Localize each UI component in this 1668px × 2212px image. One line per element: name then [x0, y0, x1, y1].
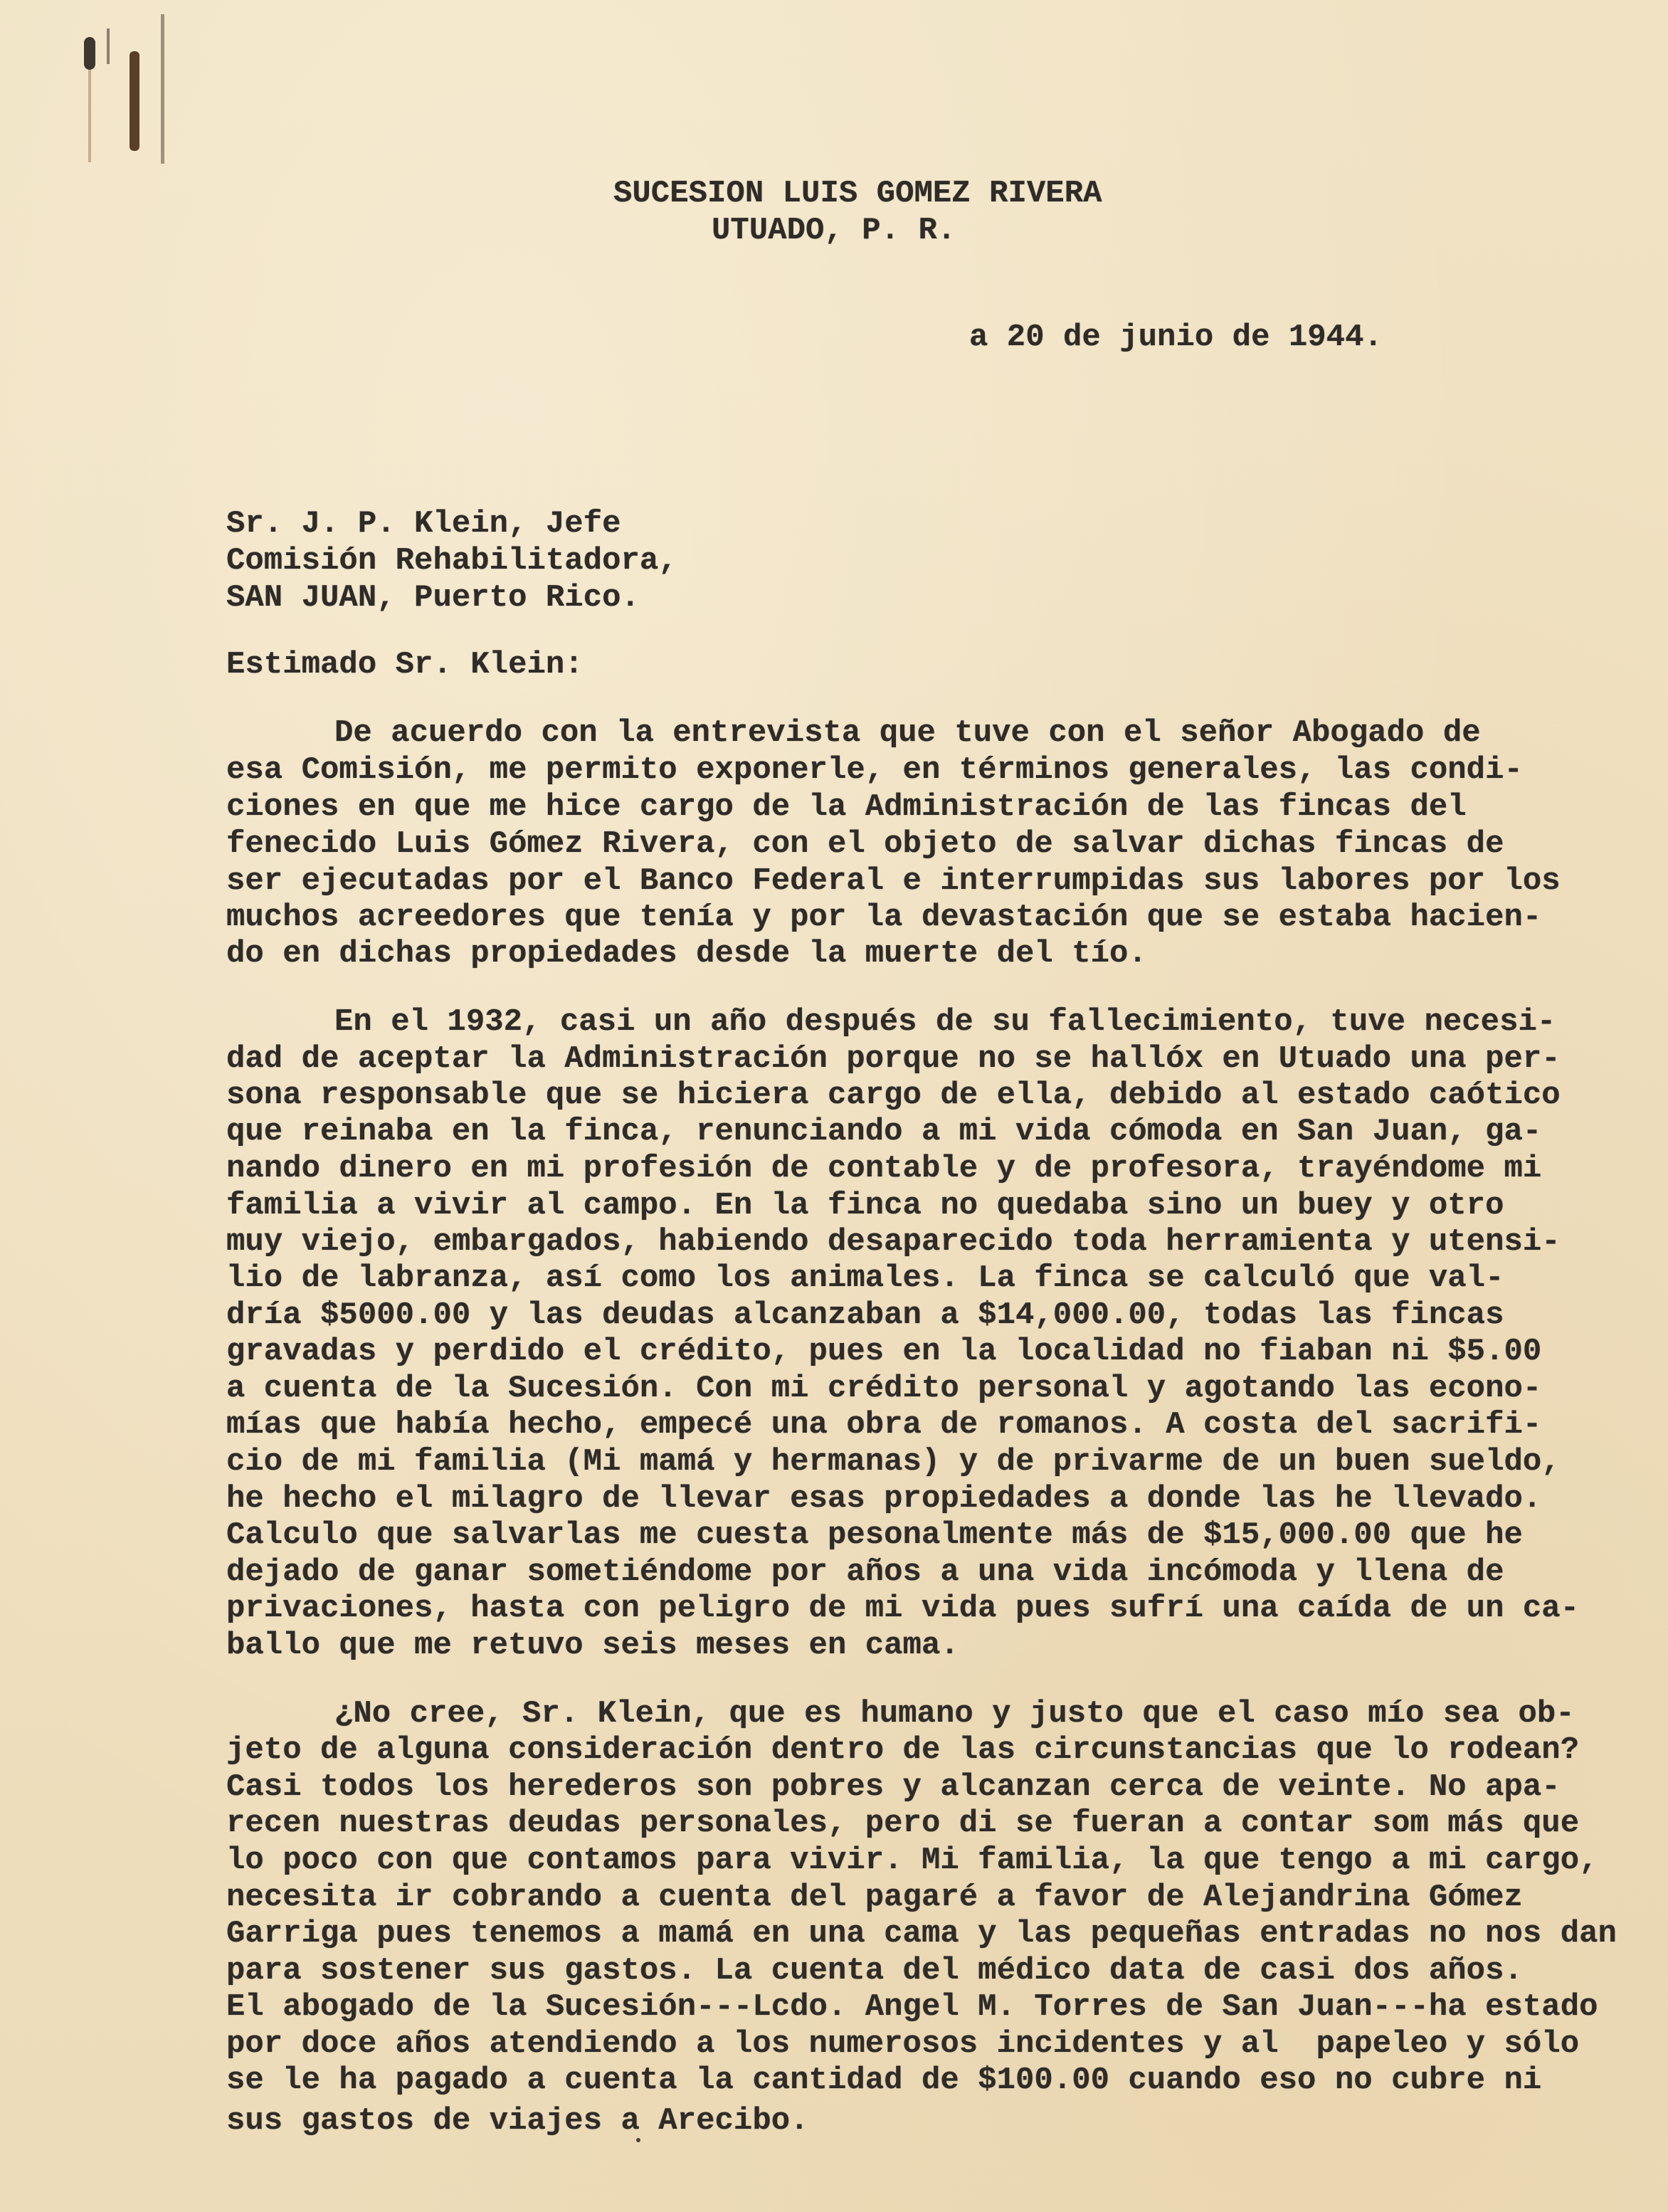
body-line: a cuenta de la Sucesión. Con mi crédito …: [226, 1370, 1541, 1407]
body-line: se le ha pagado a cuenta la cantidad de …: [226, 2062, 1541, 2099]
body-line: nando dinero en mi profesión de contable…: [226, 1150, 1541, 1187]
body-line: para sostener sus gastos. La cuenta del …: [226, 1952, 1523, 1989]
body-line: gravadas y perdido el crédito, pues en l…: [226, 1333, 1541, 1370]
body-line: sona responsable que se hiciera cargo de…: [226, 1077, 1561, 1114]
body-line: esa Comisión, me permito exponerle, en t…: [226, 752, 1523, 789]
letterhead-location: UTUADO, P. R.: [712, 212, 956, 249]
body-line: dejado de ganar sometiéndome por años a …: [226, 1554, 1504, 1591]
body-line: lo poco con que contamos para vivir. Mi …: [226, 1842, 1598, 1879]
body-line: Garriga pues tenemos a mamá en una cama …: [226, 1915, 1617, 1952]
letter-date: a 20 de junio de 1944.: [969, 319, 1383, 356]
body-line: muchos acreedores que tenía y por la dev…: [226, 899, 1541, 936]
body-line: mías que había hecho, empecé una obra de…: [226, 1406, 1541, 1443]
body-line: Calculo que salvarlas me cuesta pesonalm…: [226, 1517, 1523, 1554]
recipient-line: SAN JUAN, Puerto Rico.: [226, 579, 640, 616]
recipient-line: Sr. J. P. Klein, Jefe: [226, 505, 621, 542]
body-line: muy viejo, embargados, habiendo desapare…: [226, 1223, 1561, 1260]
rust-stain-mark: [84, 37, 95, 70]
body-line: ballo que me retuvo seis meses en cama.: [226, 1627, 959, 1664]
body-line: por doce años atendiendo a los numerosos…: [226, 2026, 1579, 2063]
body-line: sus gastos de viajes a Arecibo.: [226, 2102, 809, 2139]
body-line: que reinaba en la finca, renunciando a m…: [226, 1113, 1541, 1150]
body-line: do en dichas propiedades desde la muerte…: [226, 935, 1147, 972]
body-line: he hecho el milagro de llevar esas propi…: [226, 1480, 1541, 1517]
body-line: El abogado de la Sucesión---Lcdo. Angel …: [226, 1989, 1598, 2026]
body-line: jeto de alguna consideración dentro de l…: [226, 1732, 1579, 1769]
rust-stain-mark: [161, 14, 164, 164]
body-line: ciones en que me hice cargo de la Admini…: [226, 789, 1467, 826]
body-line: familia a vivir al campo. En la finca no…: [226, 1187, 1504, 1224]
rust-stain-mark: [130, 51, 139, 151]
body-line: ¿No cree, Sr. Klein, que es humano y jus…: [334, 1695, 1575, 1732]
rust-stain-mark: [88, 70, 91, 162]
body-line: cio de mi familia (Mi mamá y hermanas) y…: [226, 1443, 1561, 1480]
body-line: De acuerdo con la entrevista que tuve co…: [334, 715, 1481, 752]
body-line: necesita ir cobrando a cuenta del pagaré…: [226, 1879, 1523, 1916]
letterhead-name: SUCESION LUIS GOMEZ RIVERA: [613, 175, 1102, 212]
salutation: Estimado Sr. Klein:: [226, 646, 584, 683]
recipient-line: Comisión Rehabilitadora,: [226, 542, 677, 579]
body-line: lio de labranza, así como los animales. …: [226, 1260, 1504, 1297]
body-line: fenecido Luis Gómez Rivera, con el objet…: [226, 826, 1504, 863]
body-line: ser ejecutadas por el Banco Federal e in…: [226, 863, 1561, 900]
ink-dot: [636, 2138, 640, 2142]
body-line: privaciones, hasta con peligro de mi vid…: [226, 1590, 1579, 1627]
body-line: recen nuestras deudas personales, pero d…: [226, 1805, 1579, 1842]
body-line: En el 1932, casi un año después de su fa…: [334, 1004, 1556, 1041]
body-line: dría $5000.00 y las deudas alcanzaban a …: [226, 1297, 1504, 1334]
body-line: dad de aceptar la Administración porque …: [226, 1041, 1561, 1078]
body-line: Casi todos los herederos son pobres y al…: [226, 1769, 1561, 1806]
rust-stain-mark: [107, 28, 110, 64]
